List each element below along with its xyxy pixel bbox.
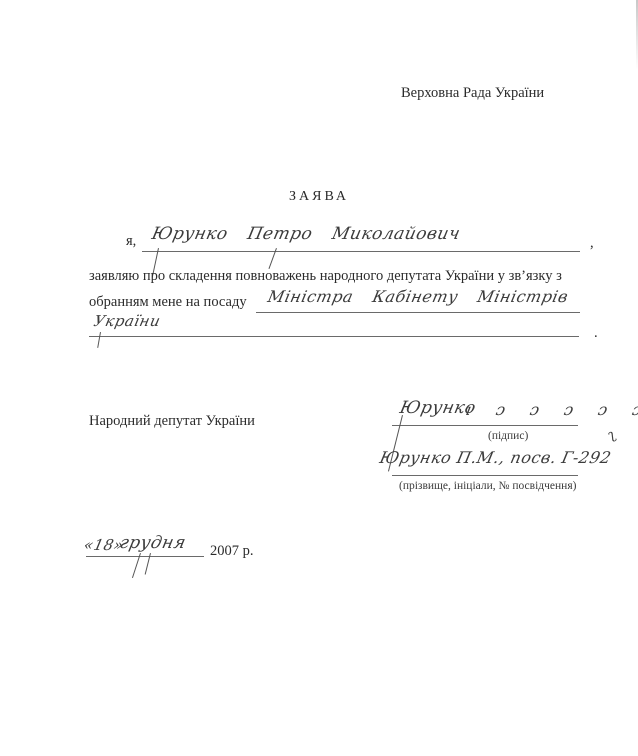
signature-flourish: ı ɔ ɔ ɔ ɔ ɔ [464, 402, 638, 418]
signatory-role: Народний депутат України [89, 414, 255, 429]
position-line-1 [256, 312, 580, 313]
name-id-caption: (прізвище, ініціали, № посвідчення) [399, 481, 576, 493]
position-handwritten-1: Міністра Кабінету Міністрів [266, 289, 569, 305]
body-line-2-prefix: обранням мене на посаду [89, 295, 247, 310]
addressee: Верховна Рада України [401, 86, 544, 101]
signature-tail: ʅ [605, 427, 618, 443]
date-month-handwritten: грудня [118, 535, 187, 552]
date-line [86, 556, 204, 557]
name-id-line [392, 475, 578, 476]
intro-prefix: я, [126, 234, 136, 249]
signature-caption: (підпис) [488, 431, 528, 443]
name-id-handwritten: Юрунко П.М., посв. Г-292 [378, 450, 612, 466]
body-line-1: заявляю про складення повноважень народн… [89, 269, 562, 284]
position-handwritten-2: України [92, 314, 161, 329]
intro-suffix: , [590, 236, 594, 251]
document-title: ЗАЯВА [0, 190, 638, 204]
position-line-2 [89, 336, 579, 337]
pen-stroke [97, 332, 101, 348]
body-end: . [594, 326, 598, 341]
date-year: 2007 р. [210, 544, 254, 559]
applicant-name-handwritten: Юрунко Петро Миколайович [150, 226, 461, 243]
signature-line [392, 425, 578, 426]
applicant-name-line [142, 251, 580, 252]
